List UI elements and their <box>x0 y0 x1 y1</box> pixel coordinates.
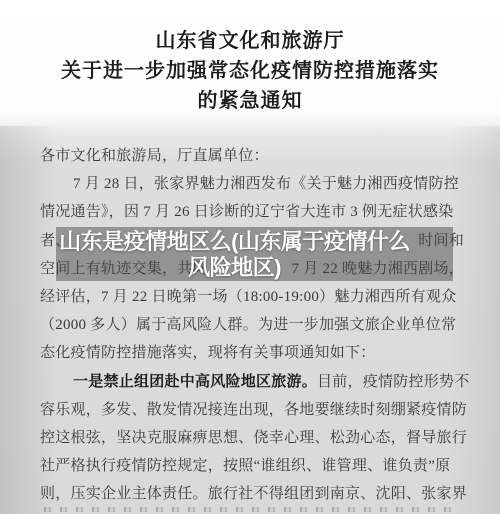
salutation-line: 各市文化和旅游局，厅直属单位： <box>40 142 464 170</box>
notice-title: 山东省文化和旅游厅 关于进一步加强常态化疫情防控措施落实 的紧急通知 <box>0 26 500 116</box>
body-line-8: 态化疫情防控措施落实，现将有关事项通知如下： <box>40 339 464 367</box>
body-line-11: 控这根弦，坚决克服麻痹思想、侥幸心理、松劲心态，督导旅行 <box>40 424 464 452</box>
body-line-13: 则，压实企业主体责任。旅行社不得组团到南京、沈阳、张家界 <box>40 480 464 508</box>
body-line-3: 情况通告》，因 7 月 26 日诊断的辽宁省大连市 3 例无症状感染 <box>40 198 464 226</box>
body-line-9: 一是禁止组团赴中高风险地区旅游。目前，疫情防控形势不 <box>40 368 464 396</box>
title-line-agency: 山东省文化和旅游厅 <box>0 26 500 56</box>
title-line-notice: 的紧急通知 <box>0 86 500 116</box>
notice-body: 各市文化和旅游局，厅直属单位： 7 月 28 日，张家界魅力湘西发布《关于魅力湘… <box>40 142 464 509</box>
scanned-notice-page: 山东省文化和旅游厅 关于进一步加强常态化疫情防控措施落实 的紧急通知 各市文化和… <box>0 0 500 514</box>
body-line-2: 7 月 28 日，张家界魅力湘西发布《关于魅力湘西疫情防控 <box>40 170 464 198</box>
title-line-subject: 关于进一步加强常态化疫情防控措施落实 <box>0 56 500 86</box>
body-line-6: 经评估，7 月 22 日晚第一场（18:00-19:00）魅力湘西所有观众 <box>40 283 464 311</box>
watermark-overlay: 山东是疫情地区么(山东属于疫情什么 风险地区) <box>56 227 453 281</box>
body-line-9-rest: 目前，疫情防控形势不 <box>317 374 470 390</box>
cutoff-text-line <box>44 507 458 512</box>
watermark-line-1: 山东是疫情地区么(山东属于疫情什么 <box>56 229 413 255</box>
body-line-12: 社严格执行疫情防控规定，按照“谁组织、谁管理、谁负责”原 <box>40 452 464 480</box>
body-line-9-bold-heading: 一是禁止组团赴中高风险地区旅游。 <box>73 374 317 390</box>
body-line-10: 容乐观，多发、散发情况接连出现，各地要继续时刻绷紧疫情防 <box>40 396 464 424</box>
body-line-7: （2000 多人）属于高风险人群。为进一步加强文旅企业单位常 <box>40 311 464 339</box>
watermark-line-2: 风险地区) <box>56 255 413 281</box>
